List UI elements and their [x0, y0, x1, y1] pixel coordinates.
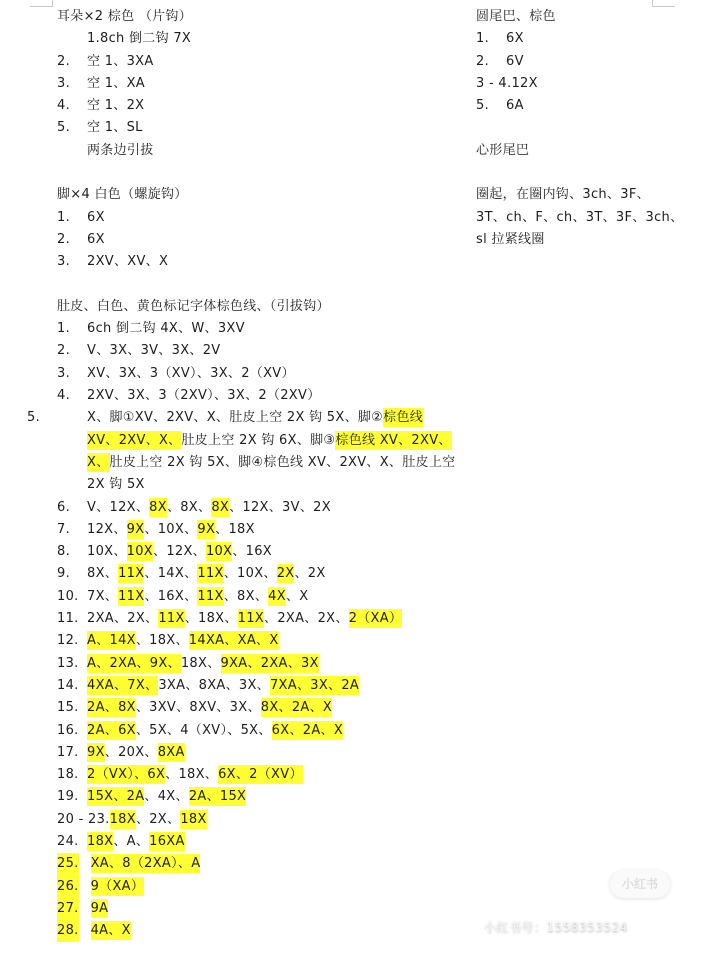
- instruction-row: 20 - 23.18X、2X、18X: [57, 809, 457, 831]
- feet-rows: 1.6X2.6X3.2XV、XV、X: [57, 207, 457, 274]
- instruction-row: 4.2XV、3X、3（2XV）、3X、2（2XV）: [57, 385, 457, 407]
- row-number: 1.: [476, 28, 506, 50]
- instruction-row: 24.18X、A、16XA: [57, 831, 457, 853]
- highlighted-stitch-text: 8X: [149, 498, 167, 517]
- highlighted-stitch-text: 10X: [206, 542, 232, 561]
- row-number: 2.: [57, 51, 87, 73]
- highlighted-stitch-text: 18X: [110, 810, 136, 829]
- watermark-user-id: 小红书号：1558353524: [484, 918, 628, 935]
- stitch-text: 6X: [87, 210, 105, 225]
- section-title-feet: 脚×4 白色（螺旋钩）: [57, 184, 457, 206]
- section-title-belly: 肚皮、白色、黄色标记字体棕色线、（引拔钩）: [57, 296, 457, 318]
- row-number: 17.: [57, 742, 87, 764]
- instruction-row: 12.A、14X、18X、14XA、XA、X: [57, 630, 457, 652]
- row-number: 3.: [57, 363, 87, 385]
- highlighted-stitch-text: 10X: [127, 542, 153, 561]
- stitch-text: 、3XV、8XV、3X、: [136, 700, 261, 715]
- highlighted-stitch-text: 9A: [91, 899, 109, 918]
- section-title-round-tail: 圆尾巴、棕色: [476, 6, 706, 28]
- highlighted-stitch-text: 2A、15X: [189, 787, 246, 806]
- stitch-text: 空 1、3XA: [87, 54, 154, 69]
- heart-tail-line: sl 拉紧线圈: [476, 229, 706, 251]
- stitch-text: 7X、: [87, 589, 118, 604]
- stitch-text: 、2X: [294, 566, 325, 581]
- stitch-text: 、A、: [113, 834, 149, 849]
- round-tail-rows: 1.6X2.6V3 - 4.12X5.6A: [476, 28, 706, 117]
- spacer: [476, 162, 706, 184]
- instruction-row: 3.2XV、XV、X: [57, 251, 457, 273]
- stitch-text: 8X、: [87, 566, 118, 581]
- row-number: 3.: [57, 251, 87, 273]
- stitch-text: V、3X、3V、3X、2V: [87, 343, 220, 358]
- stitch-text: 6V: [506, 54, 524, 69]
- highlighted-stitch-text: 2（VX）、6X: [87, 765, 165, 784]
- instruction-row: 11.2XA、2X、11X、18X、11X、2XA、2X、2（XA）: [57, 608, 457, 630]
- instruction-row: 3 - 4.12X: [476, 73, 706, 95]
- instruction-row: 2.V、3X、3V、3X、2V: [57, 340, 457, 362]
- instruction-row: 9.8X、11X、14X、11X、10X、2X、2X: [57, 563, 457, 585]
- highlighted-stitch-text: 4XA、7X、: [87, 676, 158, 695]
- row-number: 24.: [57, 831, 87, 853]
- instruction-row: 13.A、2XA、9X、18X、9XA、2XA、3X: [57, 653, 457, 675]
- stitch-text: 、20X、: [105, 745, 158, 760]
- instruction-row: 26.9（XA）: [57, 876, 457, 898]
- stitch-text: V、12X、: [87, 500, 149, 515]
- ears-rows: 1.8ch 倒二钩 7X2.空 1、3XA3.空 1、XA4.空 1、2X5.空…: [57, 28, 457, 162]
- row-number: 14.: [57, 675, 87, 697]
- stitch-text: 6ch 倒二钩 4X、W、3XV: [87, 321, 245, 336]
- highlighted-stitch-text: 2A、6X: [87, 721, 136, 740]
- highlighted-stitch-text: A、2XA、9X、: [87, 654, 181, 673]
- stitch-text: 两条边引拔: [87, 143, 154, 158]
- stitch-text: 、18X: [215, 522, 255, 537]
- section-title-ears: 耳朵×2 棕色 （片钩）: [57, 6, 457, 28]
- right-column: 圆尾巴、棕色 1.6X2.6V3 - 4.12X5.6A 心形尾巴 圈起，在圈内…: [476, 6, 706, 251]
- highlighted-stitch-text: 7XA、3X、2A: [270, 676, 359, 695]
- row-number: 1.: [57, 207, 87, 229]
- highlighted-stitch-text: XA、8（2XA）、A: [91, 854, 201, 873]
- row-number: 5.: [57, 117, 87, 139]
- highlighted-stitch-text: 9X: [127, 520, 145, 539]
- row-number: 8.: [57, 541, 87, 563]
- stitch-text: 、12X、3V、2X: [229, 500, 331, 515]
- stitch-text: X、脚①XV、2XV、X、肚皮上空 2X 钩 5X、脚②: [87, 410, 383, 425]
- highlighted-stitch-text: 9（XA）: [91, 877, 145, 896]
- highlighted-stitch-text: 18X: [87, 832, 113, 851]
- stitch-text: 1.8ch 倒二钩 7X: [87, 31, 191, 46]
- highlighted-stitch-text: 11X: [118, 564, 144, 583]
- stitch-text: 3XA、8XA、3X、: [158, 678, 270, 693]
- left-column: 耳朵×2 棕色 （片钩） 1.8ch 倒二钩 7X2.空 1、3XA3.空 1、…: [57, 6, 457, 942]
- instruction-row: 19.15X、2A、4X、2A、15X: [57, 786, 457, 808]
- instruction-row: 1.6X: [57, 207, 457, 229]
- stitch-text: 肚皮上空 2X 钩 5X、脚④棕色线 XV、2XV、X、肚皮上空 2X 钩 5X: [87, 455, 455, 492]
- xiaohongshu-logo-badge: 小红书: [610, 870, 670, 898]
- instruction-row: 5.6A: [476, 95, 706, 117]
- row-number: 18.: [57, 764, 87, 786]
- stitch-text: 、16X、: [144, 589, 197, 604]
- highlighted-stitch-text: 14XA、XA、X: [189, 631, 279, 650]
- page-corner-mark-left: [30, 0, 53, 7]
- belly-rows: 1.6ch 倒二钩 4X、W、3XV2.V、3X、3V、3X、2V3.XV、3X…: [57, 318, 457, 942]
- highlighted-stitch-text: 6X、2（XV）: [218, 765, 303, 784]
- highlighted-stitch-text: 4A、X: [91, 921, 131, 940]
- instruction-row: 1.8ch 倒二钩 7X: [57, 28, 457, 50]
- row-number: 4.: [57, 95, 87, 117]
- highlighted-stitch-text: A、14X: [87, 631, 136, 650]
- stitch-text: 12X: [511, 76, 537, 91]
- highlighted-stitch-text: 11X: [238, 609, 264, 628]
- instruction-row: 5.空 1、SL: [57, 117, 457, 139]
- highlighted-stitch-text: 2A、8X: [87, 698, 136, 717]
- stitch-text: 、8X、: [167, 500, 211, 515]
- highlighted-stitch-text: 18X: [180, 810, 206, 829]
- instruction-row: 3.XV、3X、3（XV）、3X、2（XV）: [57, 363, 457, 385]
- row-number: 12.: [57, 630, 87, 652]
- row-number: 28.: [57, 920, 79, 942]
- highlighted-stitch-text: 6X、2A、X: [272, 721, 343, 740]
- stitch-text: 、4X、: [144, 789, 188, 804]
- row-number: 15.: [57, 697, 87, 719]
- stitch-text: 肚皮上空 2X 钩 6X、脚③: [181, 433, 335, 448]
- instruction-row: 3.空 1、XA: [57, 73, 457, 95]
- row-number: 27.: [57, 898, 79, 920]
- stitch-text: 、2XA、2X、: [264, 611, 349, 626]
- highlighted-stitch-text: 16XA: [149, 832, 185, 851]
- row-number: 11.: [57, 608, 87, 630]
- row-number: 13.: [57, 653, 87, 675]
- highlighted-stitch-text: 15X、2A: [87, 787, 144, 806]
- stitch-text: 、2X、: [136, 812, 180, 827]
- row-number: 2.: [57, 229, 87, 251]
- stitch-text: 空 1、SL: [87, 120, 143, 135]
- highlighted-stitch-text: 11X: [158, 609, 184, 628]
- stitch-text: 、12X、: [153, 544, 206, 559]
- instruction-row: 1.6ch 倒二钩 4X、W、3XV: [57, 318, 457, 340]
- row-number: 2.: [57, 340, 87, 362]
- highlighted-stitch-text: 9X: [197, 520, 215, 539]
- stitch-text: 、14X、: [144, 566, 197, 581]
- row-number: 2.: [476, 51, 506, 73]
- stitch-text: 、10X、: [144, 522, 197, 537]
- stitch-text: 10X、: [87, 544, 127, 559]
- stitch-text: 空 1、XA: [87, 76, 145, 91]
- instruction-row: 25.XA、8（2XA）、A: [57, 853, 457, 875]
- row-number: 6.: [57, 497, 87, 519]
- stitch-text: 、18X、: [185, 611, 238, 626]
- stitch-text: 6X: [87, 232, 105, 247]
- row-number: 20 - 23.: [57, 809, 110, 831]
- instruction-row: 27.9A: [57, 898, 457, 920]
- instruction-row: 2.空 1、3XA: [57, 51, 457, 73]
- spacer: [476, 117, 706, 139]
- highlighted-stitch-text: 8X: [211, 498, 229, 517]
- stitch-text: 空 1、2X: [87, 98, 144, 113]
- row-number: 4.: [57, 385, 87, 407]
- row-number: 7.: [57, 519, 87, 541]
- stitch-text: 、18X、: [165, 767, 218, 782]
- instruction-row: 18.2（VX）、6X、18X、6X、2（XV）: [57, 764, 457, 786]
- instruction-row: 4.空 1、2X: [57, 95, 457, 117]
- stitch-text: 6A: [506, 98, 524, 113]
- stitch-text: 、18X、: [136, 633, 189, 648]
- highlighted-stitch-text: 11X: [118, 587, 144, 606]
- stitch-text: 12X、: [87, 522, 127, 537]
- highlighted-stitch-text: 2X: [277, 564, 295, 583]
- row-number: 26.: [57, 876, 79, 898]
- stitch-text: 2XA、2X、: [87, 611, 158, 626]
- stitch-text: 、X: [286, 589, 309, 604]
- instruction-row: 两条边引拔: [57, 140, 457, 162]
- stitch-text: 18X、: [181, 656, 221, 671]
- stitch-text: 6X: [506, 31, 524, 46]
- row-number: 25.: [57, 853, 79, 875]
- stitch-text: 、16X: [232, 544, 272, 559]
- highlighted-stitch-text: 8XA: [158, 743, 185, 762]
- row-number: 9.: [57, 563, 87, 585]
- stitch-text: 2XV、3X、3（2XV）、3X、2（2XV）: [87, 388, 321, 403]
- section-title-heart-tail: 心形尾巴: [476, 140, 706, 162]
- row-number: 10.: [57, 586, 87, 608]
- stitch-text: 、5X、4（XV）、5X、: [136, 723, 272, 738]
- instruction-row: 14.4XA、7X、3XA、8XA、3X、7XA、3X、2A: [57, 675, 457, 697]
- row-number: 1.: [57, 318, 87, 340]
- row-number: 3.: [57, 73, 87, 95]
- row-number: 5.: [57, 407, 87, 429]
- instruction-row: 6.V、12X、8X、8X、8X、12X、3V、2X: [57, 497, 457, 519]
- highlighted-stitch-text: 4X: [268, 587, 286, 606]
- highlighted-stitch-text: 11X: [197, 564, 223, 583]
- row-number: 3 - 4.: [476, 73, 511, 95]
- instruction-row: 10.7X、11X、16X、11X、8X、4X、X: [57, 586, 457, 608]
- instruction-row: 8.10X、10X、12X、10X、16X: [57, 541, 457, 563]
- spacer: [57, 274, 457, 296]
- row-number: 19.: [57, 786, 87, 808]
- stitch-text: 、10X、: [224, 566, 277, 581]
- highlighted-stitch-text: 8X、2A、X: [261, 698, 332, 717]
- row-number: 5.: [476, 95, 506, 117]
- instruction-row: 17.9X、20X、8XA: [57, 742, 457, 764]
- highlighted-stitch-text: 2（XA）: [349, 609, 403, 628]
- stitch-text: XV、3X、3（XV）、3X、2（XV）: [87, 366, 295, 381]
- instruction-row: 5.X、脚①XV、2XV、X、肚皮上空 2X 钩 5X、脚②棕色线 XV、2XV…: [57, 407, 457, 496]
- instruction-row: 2.6V: [476, 51, 706, 73]
- highlighted-stitch-text: 9X: [87, 743, 105, 762]
- highlighted-stitch-text: 9XA、2XA、3X: [221, 654, 319, 673]
- instruction-row: 1.6X: [476, 28, 706, 50]
- instruction-row: 28.4A、X: [57, 920, 457, 942]
- instruction-row: 7.12X、9X、10X、9X、18X: [57, 519, 457, 541]
- heart-tail-line: 圈起，在圈内钩、3ch、3F、: [476, 184, 706, 206]
- row-number: 16.: [57, 720, 87, 742]
- instruction-row: 2.6X: [57, 229, 457, 251]
- stitch-text: 、8X、: [224, 589, 268, 604]
- heart-tail-line: 3T、ch、F、ch、3T、3F、3ch、: [476, 207, 706, 229]
- instruction-row: 15.2A、8X、3XV、8XV、3X、8X、2A、X: [57, 697, 457, 719]
- spacer: [57, 162, 457, 184]
- highlighted-stitch-text: 11X: [197, 587, 223, 606]
- instruction-row: 16.2A、6X、5X、4（XV）、5X、6X、2A、X: [57, 720, 457, 742]
- stitch-text: 2XV、XV、X: [87, 254, 168, 269]
